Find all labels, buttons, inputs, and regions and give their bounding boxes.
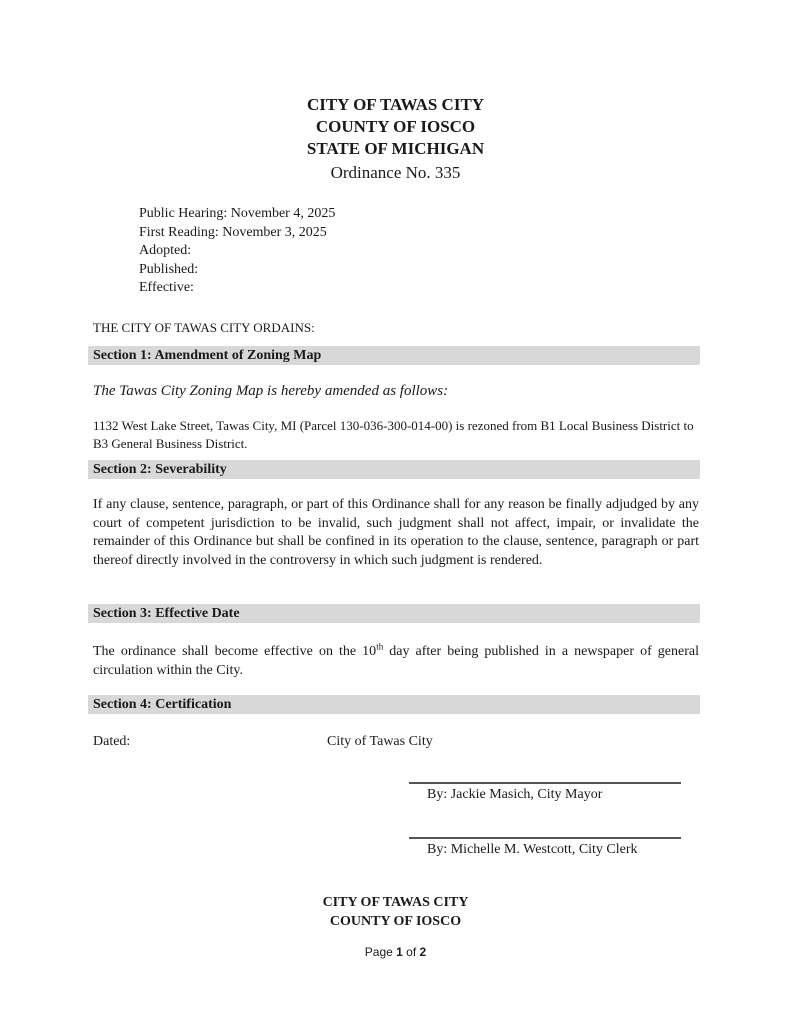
header-city: CITY OF TAWAS CITY xyxy=(0,94,791,116)
section-1-intro: The Tawas City Zoning Map is hereby amen… xyxy=(93,382,448,401)
footer-city: CITY OF TAWAS CITY xyxy=(0,893,791,912)
clerk-signature-line xyxy=(409,837,681,839)
page-number: Page 1 of 2 xyxy=(0,945,791,959)
mayor-signature-line xyxy=(409,782,681,784)
header-county: COUNTY OF IOSCO xyxy=(0,116,791,138)
first-reading: First Reading: November 3, 2025 xyxy=(139,224,335,243)
ordains-statement: THE CITY OF TAWAS CITY ORDAINS: xyxy=(93,319,315,338)
section-2-heading: Section 2: Severability xyxy=(88,460,700,479)
public-hearing: Public Hearing: November 4, 2025 xyxy=(139,205,335,224)
header-state: STATE OF MICHIGAN xyxy=(0,138,791,160)
adopted: Adopted: xyxy=(139,242,335,261)
section-1-heading: Section 1: Amendment of Zoning Map xyxy=(88,346,700,365)
effective: Effective: xyxy=(139,279,335,298)
ordinance-meta: Public Hearing: November 4, 2025 First R… xyxy=(139,205,335,298)
section-3-text: The ordinance shall become effective on … xyxy=(93,643,699,680)
published: Published: xyxy=(139,261,335,280)
clerk-signature-name: By: Michelle M. Westcott, City Clerk xyxy=(427,841,638,860)
mayor-signature-name: By: Jackie Masich, City Mayor xyxy=(427,786,602,805)
city-signature-label: City of Tawas City xyxy=(327,733,433,752)
section-3-heading: Section 3: Effective Date xyxy=(88,604,700,623)
section-1-text: 1132 West Lake Street, Tawas City, MI (P… xyxy=(93,417,698,453)
section-2-text: If any clause, sentence, paragraph, or p… xyxy=(93,496,699,570)
footer-county: COUNTY OF IOSCO xyxy=(0,912,791,931)
dated-label: Dated: xyxy=(93,733,130,752)
ordinance-number: Ordinance No. 335 xyxy=(0,162,791,184)
section-4-heading: Section 4: Certification xyxy=(88,695,700,714)
